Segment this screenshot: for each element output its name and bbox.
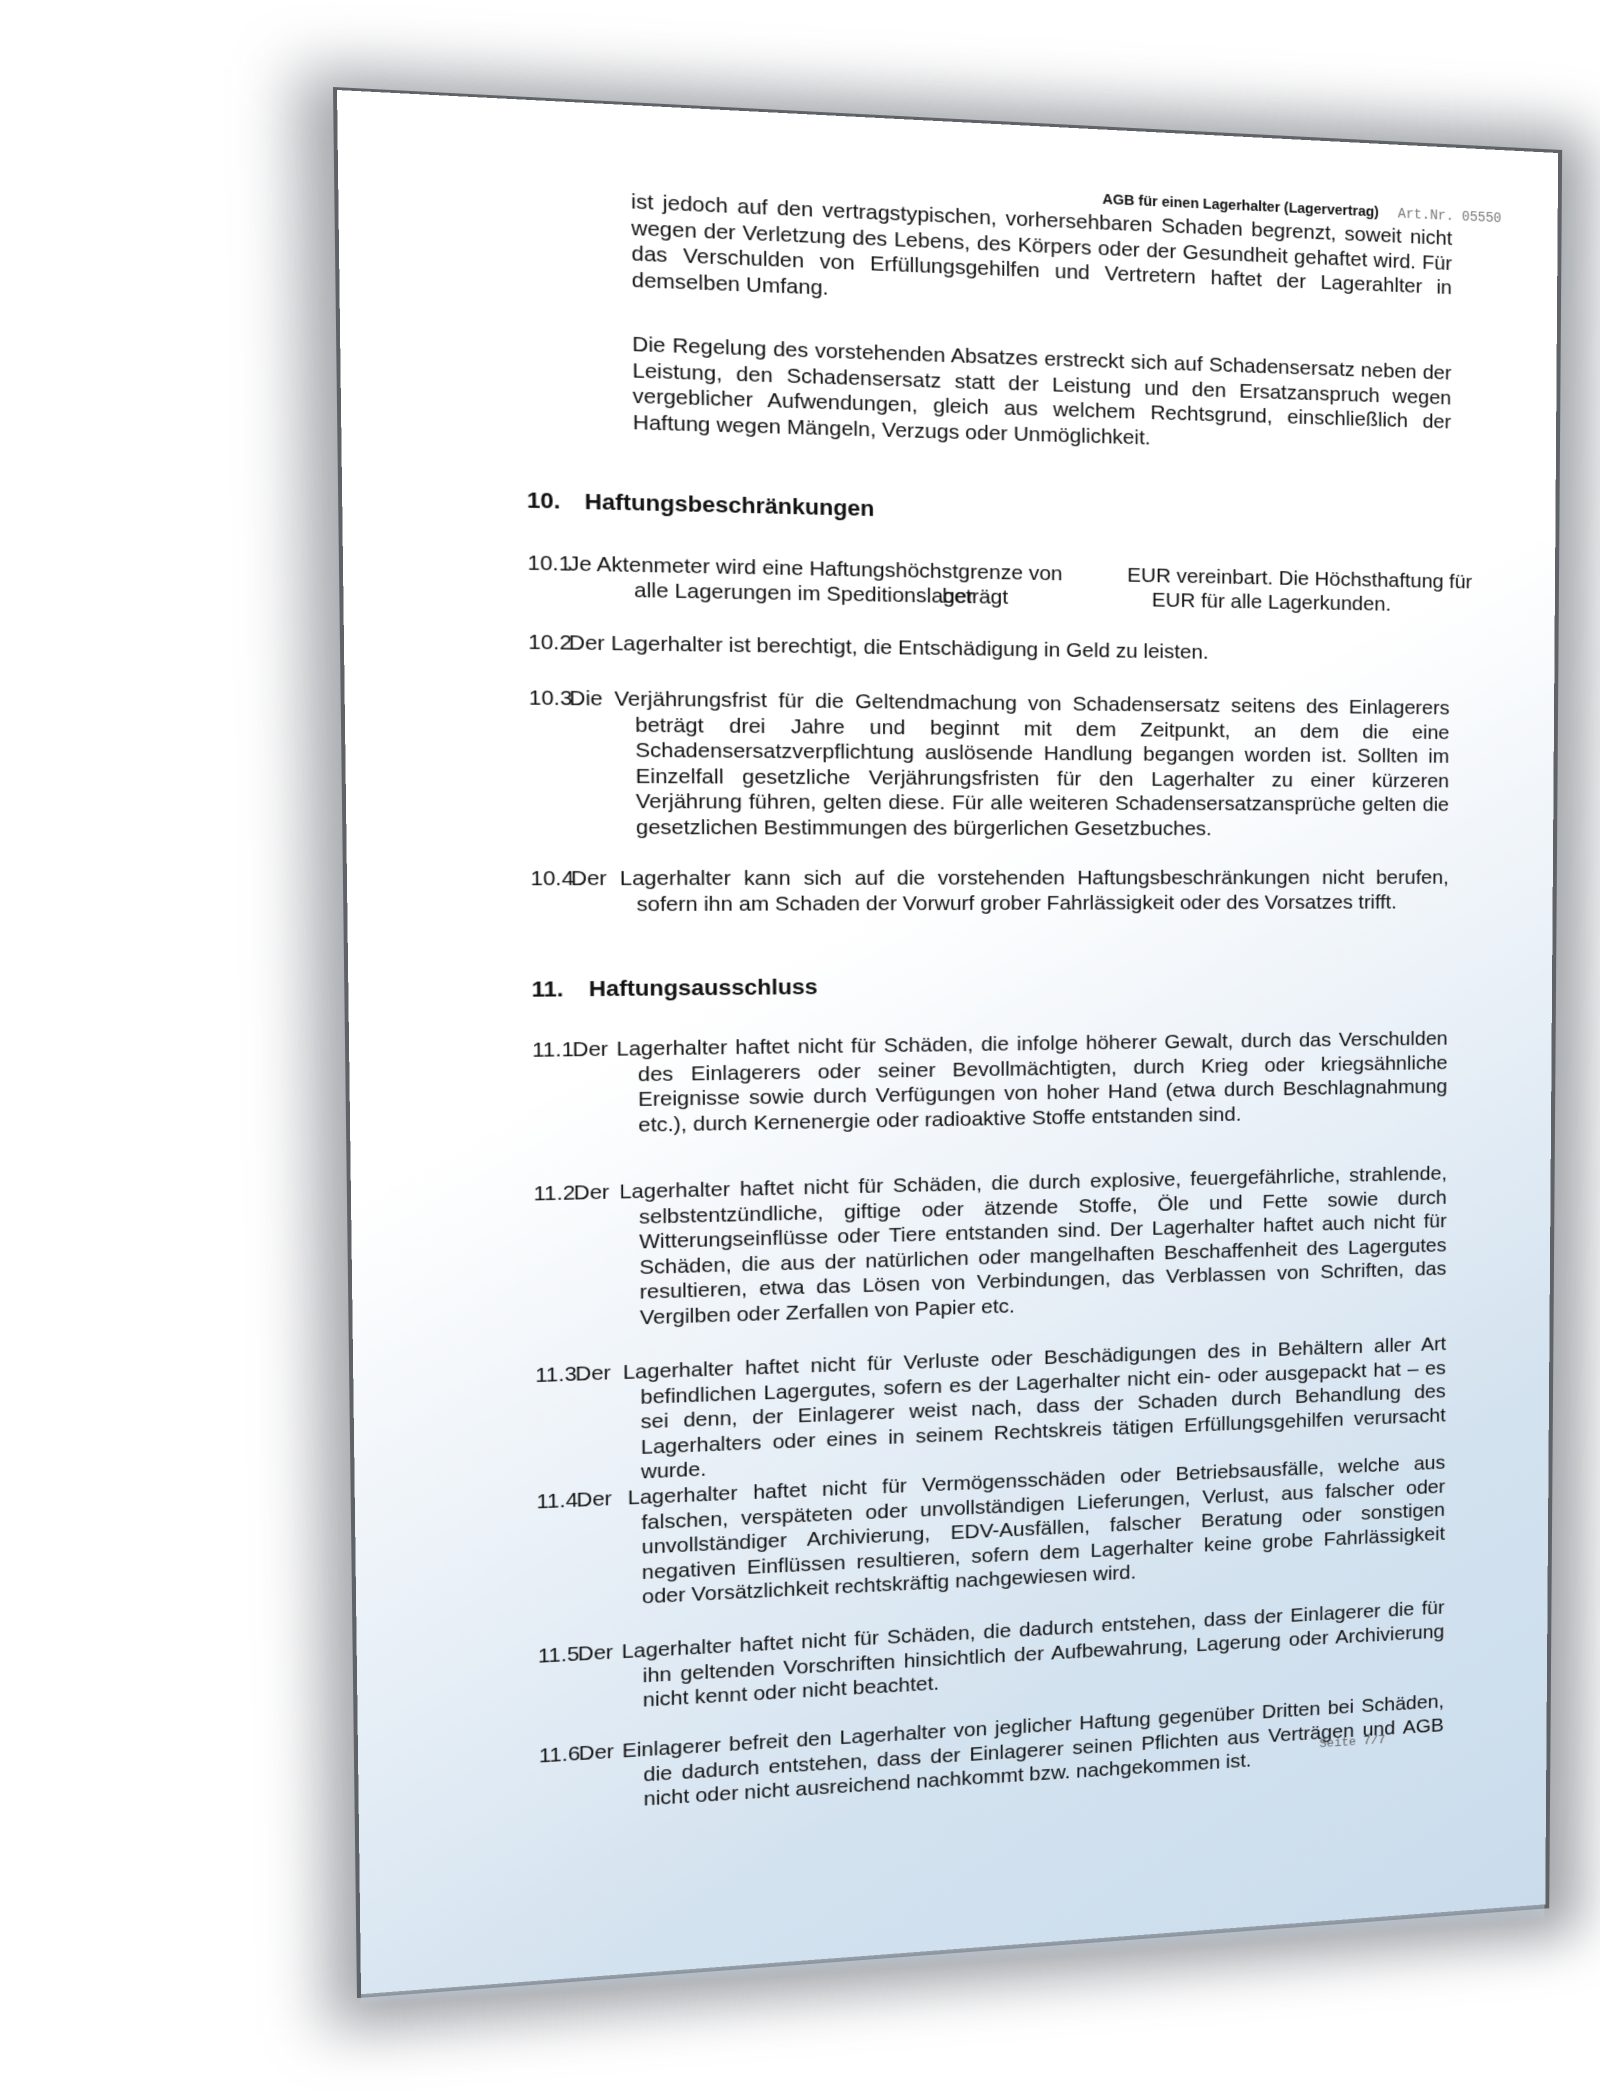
clause-text-part: beträgt: [942, 584, 1008, 610]
clause-number: 11.3: [535, 1362, 577, 1389]
clause-11-2: 11.2 Der Lagerhalter haftet nicht für Sc…: [533, 1162, 1447, 1334]
clause-number: 10.3: [529, 685, 573, 711]
clause-10-4: 10.4 Der Lagerhalter kann sich auf die v…: [530, 866, 1448, 918]
clause-text: Der Lagerhalter ist berechtigt, die Ents…: [528, 630, 1450, 669]
clause-text: Die Verjährungsfrist für die Geltendmach…: [529, 685, 1450, 841]
clause-number: 10.1: [527, 550, 571, 577]
section-number: 11.: [531, 976, 588, 1003]
section-number: 10.: [527, 487, 585, 515]
clause-number: 10.4: [530, 866, 574, 892]
document-stage: AGB für einen Lagerhalter (Lagervertrag)…: [0, 0, 1600, 2100]
clause-text: Der Lagerhalter kann sich auf die vorste…: [530, 866, 1448, 918]
clause-text: Der Lagerhalter haftet nicht für Schäden…: [532, 1027, 1448, 1140]
clause-number: 11.4: [536, 1488, 578, 1515]
clause-number: 11.1: [532, 1037, 574, 1063]
section-heading-10: 10.Haftungsbeschränkungen: [527, 487, 875, 522]
clause-number: 11.2: [533, 1181, 575, 1207]
clause-text-part: EUR für alle Lagerkunden.: [1152, 588, 1391, 617]
clause-10-3: 10.3 Die Verjährungsfrist für die Gelten…: [529, 685, 1450, 841]
intro-paragraph: Die Regelung des vorstehenden Absatzes e…: [632, 332, 1451, 459]
clause-10-1: 10.1 Je Aktenmeter wird eine Haftungshöc…: [527, 550, 1450, 623]
section-title: Haftungsbeschränkungen: [584, 489, 874, 521]
document-page: AGB für einen Lagerhalter (Lagervertrag)…: [337, 90, 1558, 1994]
clause-11-1: 11.1 Der Lagerhalter haftet nicht für Sc…: [532, 1027, 1448, 1140]
clause-10-2: 10.2 Der Lagerhalter ist berechtigt, die…: [528, 630, 1450, 669]
section-title: Haftungsausschluss: [589, 974, 818, 1001]
section-heading-11: 11.Haftungsausschluss: [531, 974, 817, 1002]
clause-number: 11.5: [538, 1642, 579, 1669]
clause-text: Der Lagerhalter haftet nicht für Schäden…: [533, 1162, 1447, 1334]
clause-number: 11.6: [539, 1741, 580, 1768]
clause-text-part: alle Lagerungen im Speditionslager: [634, 578, 974, 610]
clause-number: 10.2: [528, 630, 572, 656]
